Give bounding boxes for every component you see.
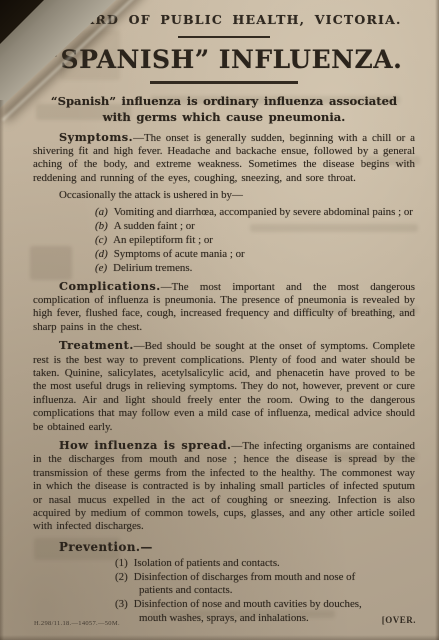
treatment-paragraph: Treatment.—Bed should be sought at the o…: [33, 339, 415, 434]
list-item: (2)Disinfection of discharges from mouth…: [115, 571, 385, 599]
symptoms-paragraph: Symptoms.—The onset is generally sudden,…: [33, 131, 415, 186]
prevention-list: (1)Isolation of patients and contacts. (…: [115, 557, 385, 626]
list-item-text: An epileptiform fit ; or: [113, 234, 213, 246]
page-edge: [0, 100, 4, 640]
list-marker: (2): [115, 571, 128, 583]
list-marker: (1): [115, 557, 128, 569]
treatment-heading: Treatment.: [59, 338, 134, 352]
divider-rule: [178, 36, 270, 38]
list-item: (b)A sudden faint ; or: [95, 219, 415, 233]
list-item-text: Symptoms of acute mania ; or: [114, 248, 245, 260]
complications-heading: Complications.: [59, 279, 161, 293]
page-edge: [435, 0, 439, 640]
spread-paragraph: How influenza is spread.—The infecting o…: [33, 439, 415, 534]
divider-rule: [150, 81, 298, 84]
list-marker: (b): [95, 220, 108, 232]
page-title: “SPANISH” INFLUENZA.: [33, 45, 415, 74]
treatment-body: —Bed should be sought at the onset of sy…: [33, 340, 415, 432]
ushered-list: (a)Vomiting and diarrhœa, accompanied by…: [95, 205, 415, 275]
list-marker: (3): [115, 598, 128, 610]
list-marker: (e): [95, 262, 107, 274]
over-mark: [OVER.: [382, 615, 416, 625]
spread-heading: How influenza is spread.: [59, 438, 231, 452]
list-marker: (d): [95, 248, 108, 260]
complications-paragraph: Complications.—The most important and th…: [33, 280, 415, 335]
prevention-heading: Prevention.—: [59, 540, 415, 554]
list-marker: (c): [95, 234, 107, 246]
list-item: (e)Delirium tremens.: [95, 261, 415, 275]
list-item: (a)Vomiting and diarrhœa, accompanied by…: [95, 205, 415, 219]
ushered-intro: Occasionally the attack is ushered in by…: [33, 189, 415, 202]
list-item-text: Vomiting and diarrhœa, accompanied by se…: [114, 206, 413, 218]
list-marker: (a): [95, 206, 108, 218]
list-item: (1)Isolation of patients and contacts.: [115, 557, 385, 571]
list-item-text: A sudden faint ; or: [114, 220, 195, 232]
list-item: (3)Disinfection of nose and mouth caviti…: [115, 598, 385, 626]
list-item-text: Delirium tremens.: [113, 262, 192, 274]
printed-content: BOARD OF PUBLIC HEALTH, VICTORIA. “SPANI…: [33, 6, 415, 626]
lead-statement: “Spanish” influenza is ordinary influenz…: [41, 93, 407, 126]
scanned-page: BOARD OF PUBLIC HEALTH, VICTORIA. “SPANI…: [0, 0, 439, 640]
list-item-text: Disinfection of nose and mouth cavities …: [134, 598, 362, 624]
board-title: BOARD OF PUBLIC HEALTH, VICTORIA.: [47, 12, 415, 27]
list-item-text: Isolation of patients and contacts.: [134, 557, 280, 569]
list-item: (c)An epileptiform fit ; or: [95, 233, 415, 247]
page-edge: [0, 635, 439, 640]
symptoms-heading: Symptoms.: [59, 130, 133, 144]
list-item: (d)Symptoms of acute mania ; or: [95, 247, 415, 261]
spread-body: —The infecting organisms are contained i…: [33, 440, 415, 532]
printer-imprint: H.298/11.18.—14057.—50M.: [34, 620, 120, 627]
list-item-text: Disinfection of discharges from mouth an…: [134, 571, 356, 597]
